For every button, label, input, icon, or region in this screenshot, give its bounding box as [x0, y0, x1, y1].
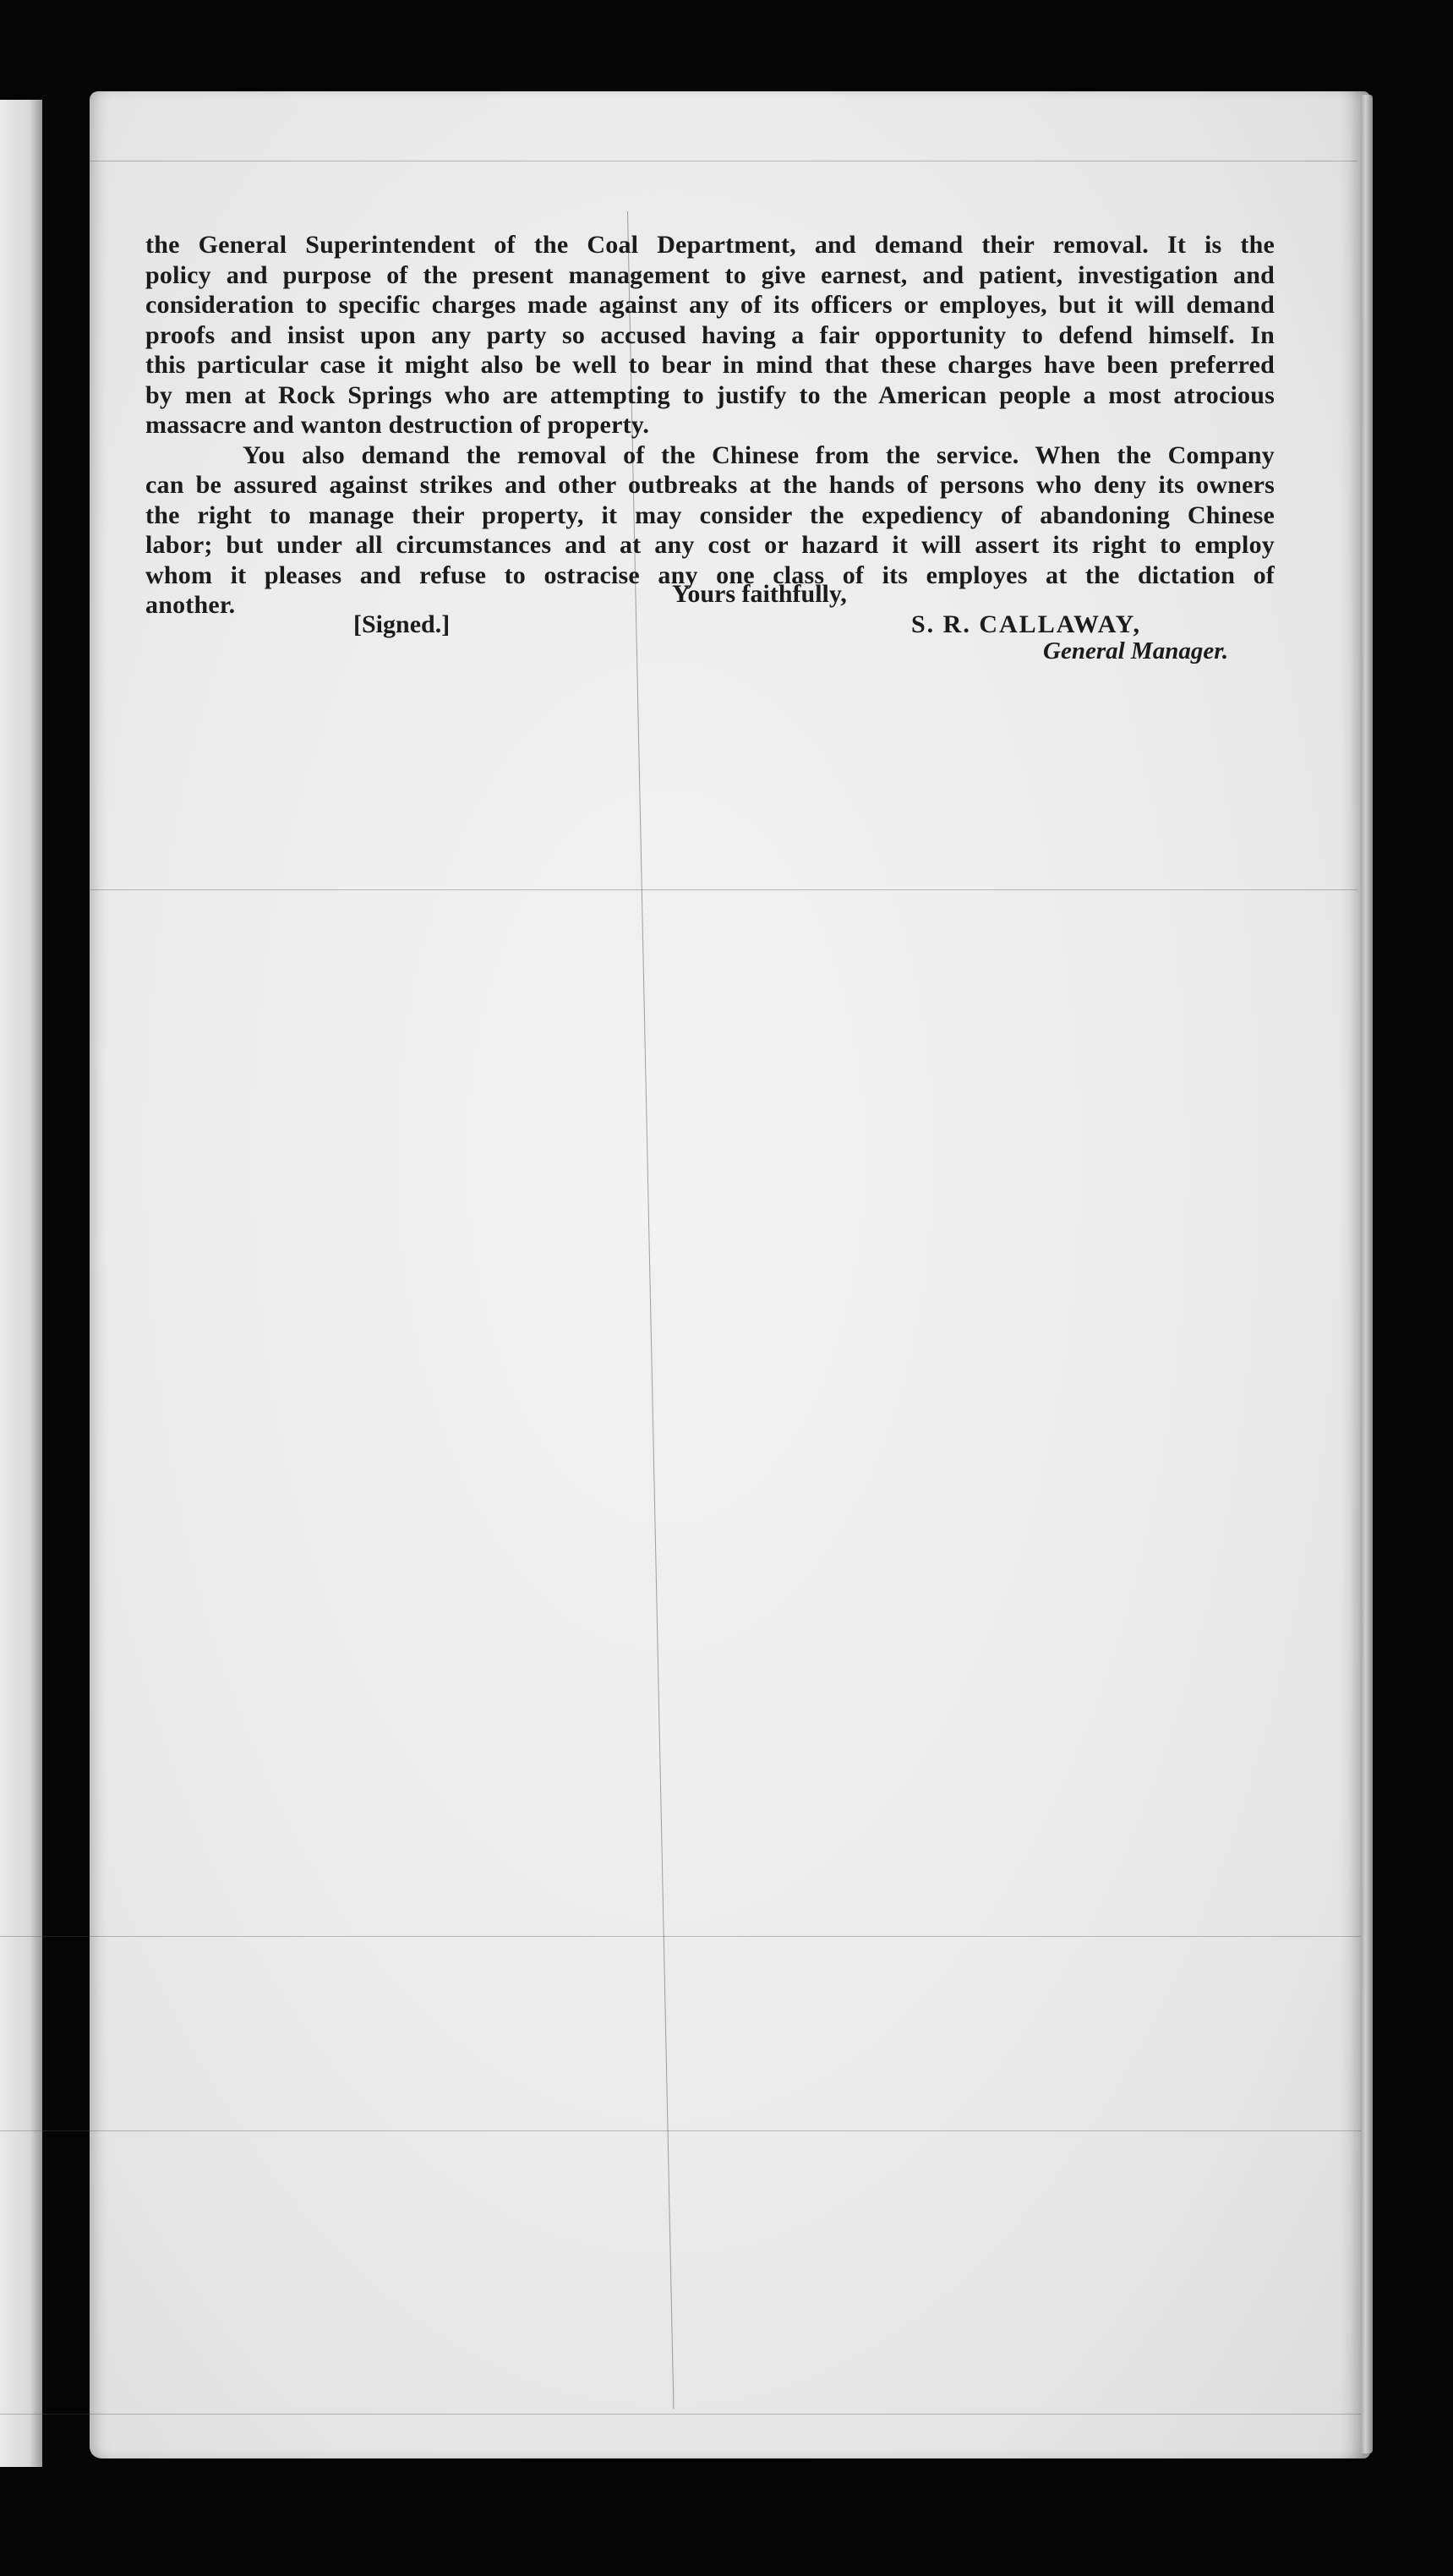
scan-line [90, 161, 1357, 161]
scan-line [0, 1936, 1361, 1937]
letter-body: the General Superintendent of the Coal D… [145, 230, 1275, 621]
signer-title: General Manager. [1043, 637, 1228, 665]
text-line: the right to manage their property, it m… [145, 500, 1275, 531]
text-line: proofs and insist upon any party so accu… [145, 320, 1275, 351]
adjacent-page-edge [0, 100, 42, 2467]
scan-line [0, 2130, 1361, 2131]
text-line: consideration to specific charges made a… [145, 290, 1275, 320]
text-line: You also demand the removal of the Chine… [145, 440, 1275, 471]
text-line: labor; but under all circumstances and a… [145, 530, 1275, 561]
text-line: can be assured against strikes and other… [145, 470, 1275, 500]
text-line: massacre and wanton destruction of prope… [145, 410, 1275, 440]
text-line: the General Superintendent of the Coal D… [145, 230, 1275, 260]
closing-salutation: Yours faithfully, [672, 580, 847, 609]
signed-note: [Signed.] [353, 610, 450, 639]
text-line: policy and purpose of the present manage… [145, 260, 1275, 291]
page-edge-stack [1361, 95, 1373, 2453]
signer-name: S. R. CALLAWAY, [911, 610, 1141, 639]
text-line: by men at Rock Springs who are attemptin… [145, 380, 1275, 411]
paragraph-1: the General Superintendent of the Coal D… [145, 230, 1275, 440]
scan-line [90, 889, 1357, 890]
scan-line [0, 2414, 1361, 2415]
text-line: this particular case it might also be we… [145, 350, 1275, 380]
book-gutter [42, 0, 90, 2576]
